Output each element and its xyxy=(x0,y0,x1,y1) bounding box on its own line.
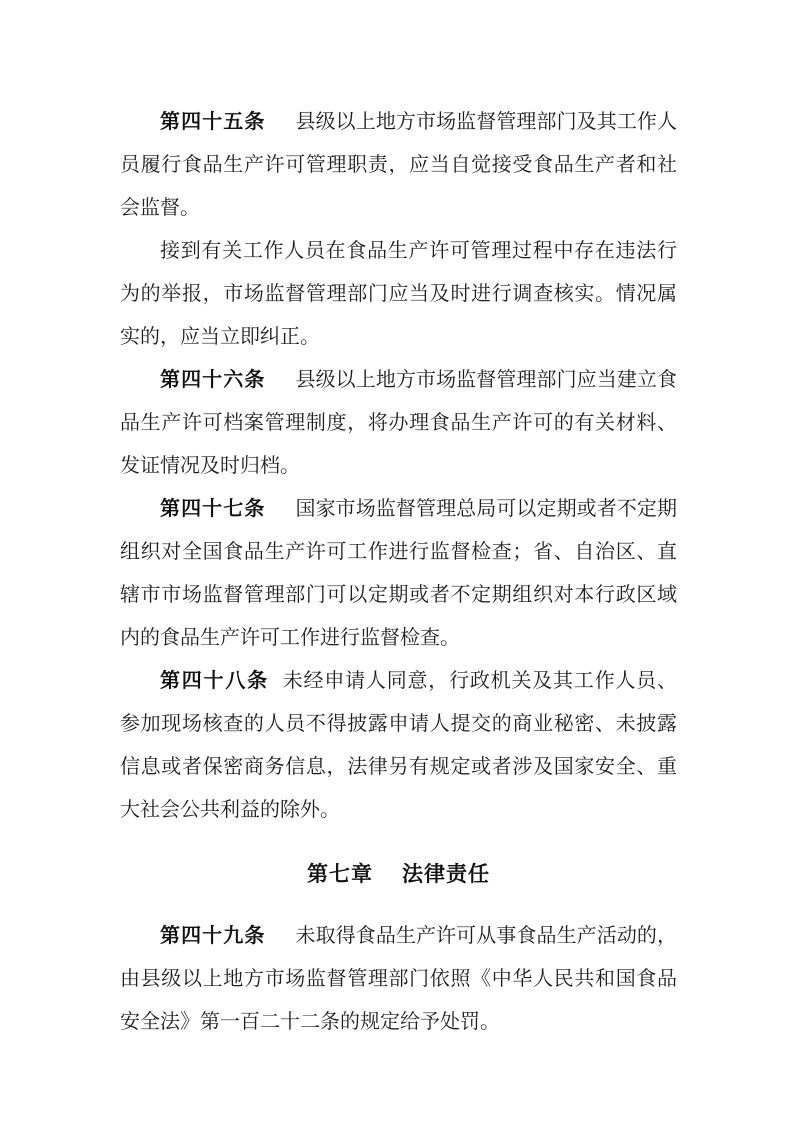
article-number: 第四十五条 xyxy=(160,109,265,133)
chapter-number: 第七章 xyxy=(307,862,373,886)
document-page: 第四十五条县级以上地方市场监督管理部门及其工作人员履行食品生产许可管理职责，应当… xyxy=(0,0,793,1122)
chapter-title: 法律责任 xyxy=(402,862,490,886)
article-45: 第四十五条县级以上地方市场监督管理部门及其工作人员履行食品生产许可管理职责，应当… xyxy=(120,100,677,358)
article-paragraph: 第四十六条县级以上地方市场监督管理部门应当建立食品生产许可档案管理制度，将办理食… xyxy=(120,358,677,487)
article-49: 第四十九条未取得食品生产许可从事食品生产活动的，由县级以上地方市场监督管理部门依… xyxy=(120,914,677,1043)
document-body: 第四十五条县级以上地方市场监督管理部门及其工作人员履行食品生产许可管理职责，应当… xyxy=(120,100,677,1043)
article-46: 第四十六条县级以上地方市场监督管理部门应当建立食品生产许可档案管理制度，将办理食… xyxy=(120,358,677,487)
article-paragraph: 第四十七条国家市场监督管理总局可以定期或者不定期组织对全国食品生产许可工作进行监… xyxy=(120,487,677,659)
article-number: 第四十八条 xyxy=(160,668,269,692)
article-paragraph: 第四十五条县级以上地方市场监督管理部门及其工作人员履行食品生产许可管理职责，应当… xyxy=(120,100,677,229)
article-number: 第四十七条 xyxy=(160,496,265,520)
article-paragraph: 第四十八条未经申请人同意，行政机关及其工作人员、参加现场核查的人员不得披露申请人… xyxy=(120,659,677,831)
article-number: 第四十九条 xyxy=(160,923,265,947)
article-47: 第四十七条国家市场监督管理总局可以定期或者不定期组织对全国食品生产许可工作进行监… xyxy=(120,487,677,659)
chapter-heading: 第七章法律责任 xyxy=(120,853,677,896)
article-48: 第四十八条未经申请人同意，行政机关及其工作人员、参加现场核查的人员不得披露申请人… xyxy=(120,659,677,831)
article-paragraph: 接到有关工作人员在食品生产许可管理过程中存在违法行为的举报，市场监督管理部门应当… xyxy=(120,229,677,358)
article-number: 第四十六条 xyxy=(160,367,265,391)
article-paragraph: 第四十九条未取得食品生产许可从事食品生产活动的，由县级以上地方市场监督管理部门依… xyxy=(120,914,677,1043)
